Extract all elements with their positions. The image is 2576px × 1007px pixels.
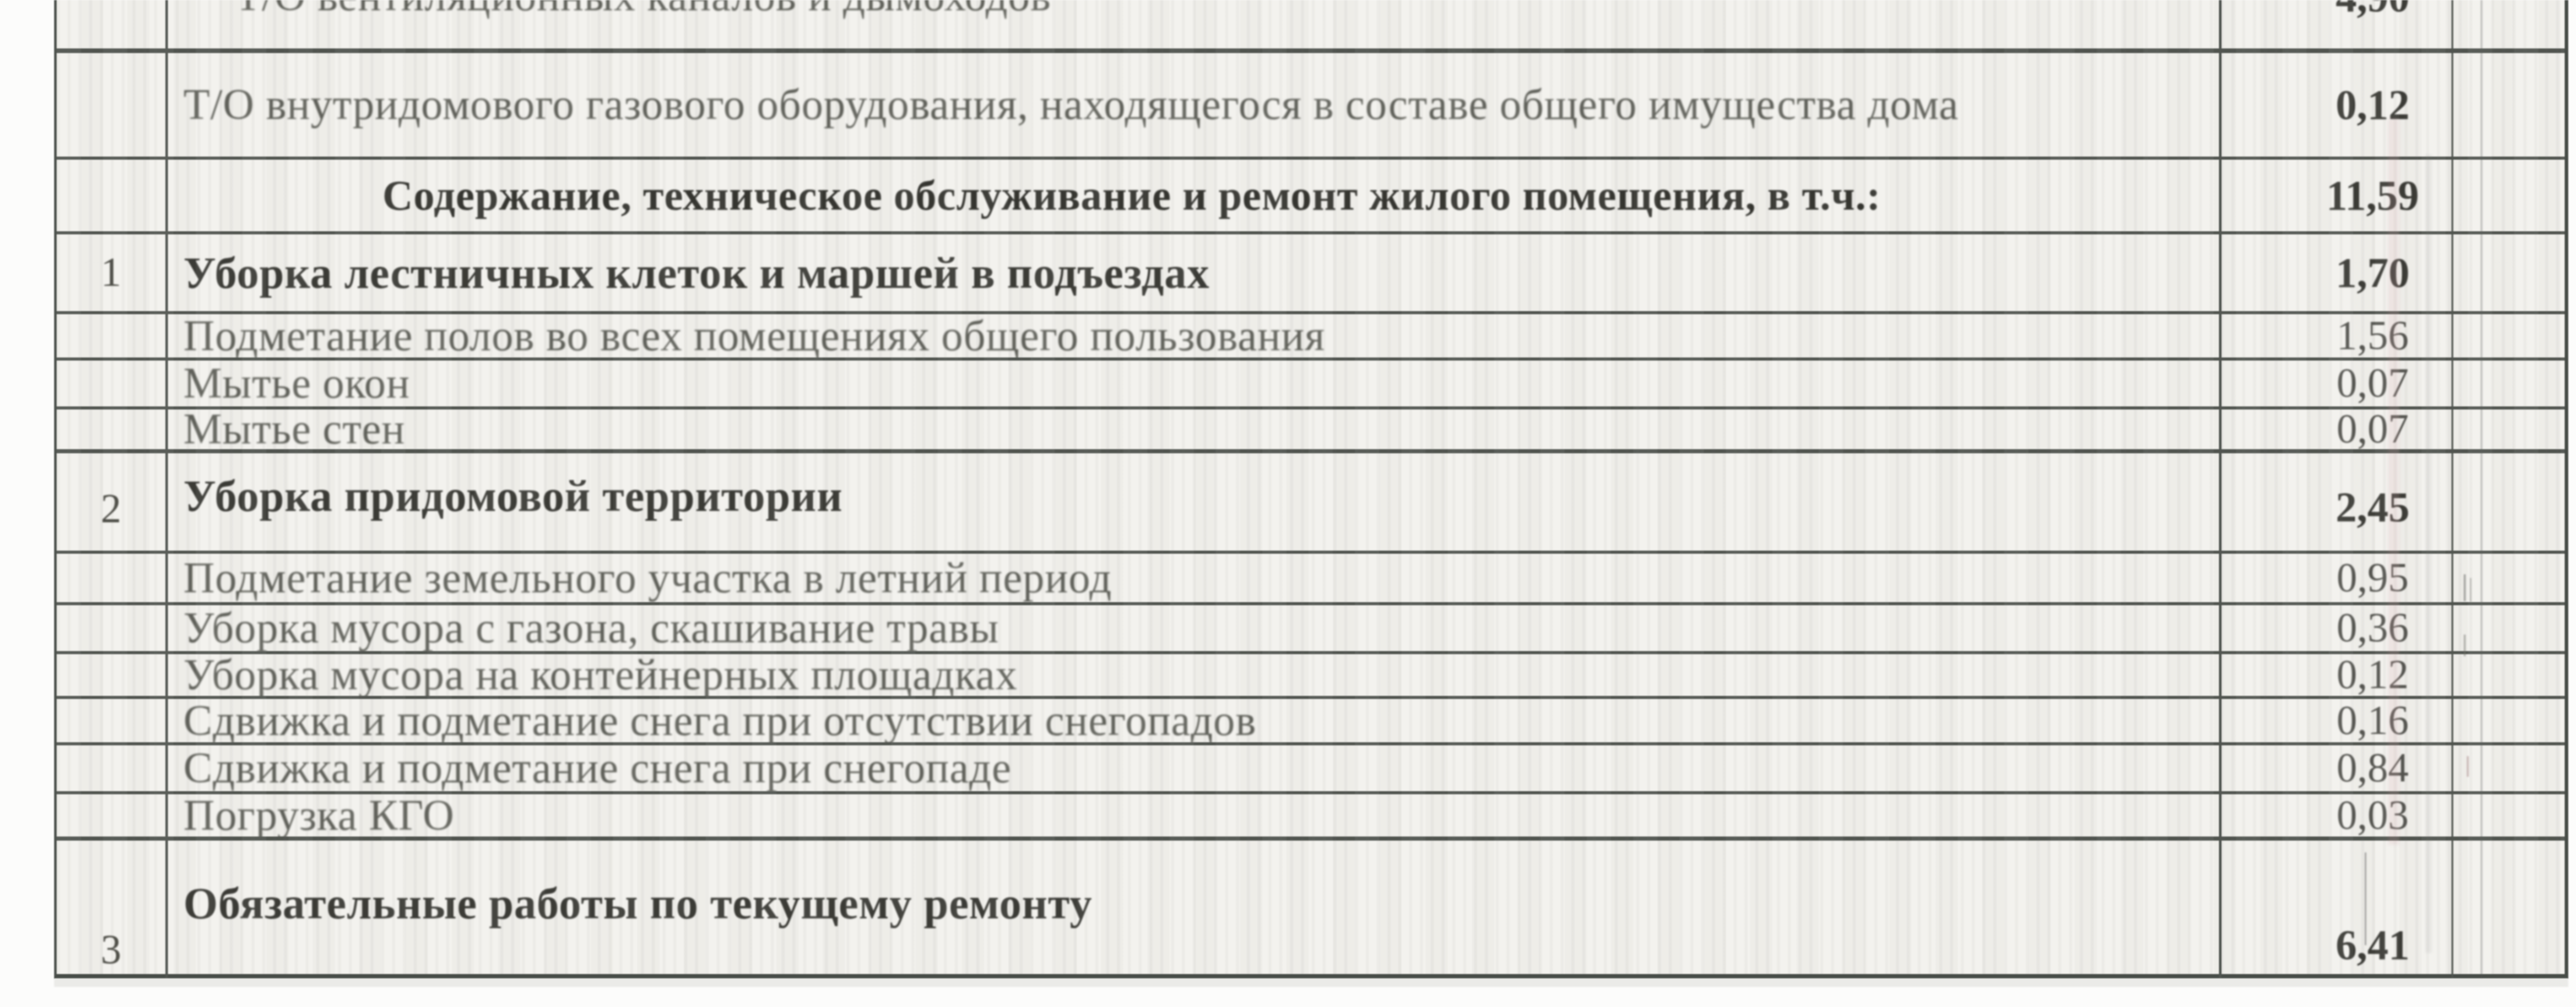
tariff-value: 11,59 [2326,172,2419,220]
empty-cell [2453,361,2565,406]
empty-cell [2453,605,2565,651]
service-name-cell: Содержание, техническое обслуживание и р… [168,160,2222,231]
empty-cell [2453,794,2565,837]
scanned-tariff-document: { "document": { "kind": "Скан фрагмента … [0,0,2576,1007]
empty-cell [2453,0,2565,48]
row-number-cell [57,745,168,791]
table-row: Погрузка КГО 0,03 [57,794,2565,841]
service-name: Мытье стен [183,409,405,449]
tariff-value: 0,16 [2336,699,2409,742]
tariff-value: 0,84 [2336,745,2409,791]
tariff-value-cell: 1,70 [2222,234,2453,311]
row-number-cell [57,314,168,357]
table-row: 2 Уборка придомовой территории 2,45 [57,453,2565,554]
empty-cell [2453,654,2565,696]
tariff-value-clipped: 4,90 [2336,0,2410,22]
empty-cell [2453,554,2565,602]
service-name-cell: Т/О внутридомового газового оборудования… [168,53,2222,157]
service-name-cell: Погрузка КГО [168,794,2222,837]
tariff-value: 6,41 [2336,921,2410,969]
tariff-value-cell: 0,36 [2222,605,2453,651]
tariff-value-cell: 0,12 [2222,654,2453,696]
empty-cell [2453,234,2565,311]
service-name-cell: Мытье окон [168,361,2222,406]
service-name: Подметание земельного участка в летний п… [183,554,1112,602]
tariff-value-cell: 4,90 [2222,0,2453,48]
row-number-cell [57,605,168,651]
table-row: Т/О внутридомового газового оборудования… [57,53,2565,160]
row-number-cell: 2 [57,453,168,551]
paper-edge-shadow [54,979,2568,987]
service-name-cell: Мытье стен [168,409,2222,449]
service-name-cell: Подметание полов во всех помещениях обще… [168,314,2222,357]
service-name: Уборка мусора с газона, скашивание травы [183,605,999,651]
table-row: Мытье окон 0,07 [57,361,2565,409]
row-number: 3 [100,927,121,974]
row-number: 2 [100,486,121,533]
service-name-cell: Уборка мусора на контейнерных площадках [168,654,2222,696]
tariff-value-cell: 1,56 [2222,314,2453,357]
service-name: Уборка мусора на контейнерных площадках [183,654,1018,696]
row-number-cell [57,409,168,449]
tariff-value: 0,07 [2336,361,2409,406]
table-row: 1 Уборка лестничных клеток и маршей в по… [57,234,2565,314]
row-number-cell [57,0,168,48]
row-number-cell [57,699,168,742]
table-row: Сдвижка и подметание снега при отсутстви… [57,699,2565,745]
row-number-cell: 3 [57,841,168,979]
table-row: Подметание земельного участка в летний п… [57,554,2565,605]
tariff-value-cell: 0,95 [2222,554,2453,602]
table-row: Сдвижка и подметание снега при снегопаде… [57,745,2565,794]
tariff-value: 0,07 [2336,409,2409,449]
tariff-value: 0,03 [2336,794,2409,837]
tariff-value: 0,95 [2336,555,2409,602]
table-row: Подметание полов во всех помещениях обще… [57,314,2565,361]
empty-cell [2453,699,2565,742]
row-number-cell [57,361,168,406]
tariff-value-cell: 11,59 [2222,160,2453,231]
empty-cell [2453,314,2565,357]
service-name-cell: Уборка лестничных клеток и маршей в подъ… [168,234,2222,311]
row-number-cell [57,794,168,837]
table-row-section-header: Содержание, техническое обслуживание и р… [57,160,2565,234]
service-name-cell: Уборка придомовой территории [168,453,2222,551]
service-name-cell: Обязательные работы по текущему ремонту [168,841,2222,979]
row-number-cell [57,654,168,696]
service-name-cell: Сдвижка и подметание снега при снегопаде [168,745,2222,791]
empty-cell [2453,453,2565,551]
row-number-cell [57,554,168,602]
row-number-cell: 1 [57,234,168,311]
service-name: Обязательные работы по текущему ремонту [183,878,1092,929]
service-name: Уборка лестничных клеток и маршей в подъ… [183,247,1210,299]
service-name: Сдвижка и подметание снега при снегопаде [183,745,1011,791]
section-title: Содержание, техническое обслуживание и р… [382,172,1881,220]
tariff-value-cell: 2,45 [2222,453,2453,551]
tariff-value-cell: 0,07 [2222,409,2453,449]
table-row: Уборка мусора на контейнерных площадках … [57,654,2565,699]
tariff-value-cell: 0,12 [2222,53,2453,157]
tariff-value-cell: 0,16 [2222,699,2453,742]
service-name: Сдвижка и подметание снега при отсутстви… [183,699,1257,742]
row-number: 1 [100,249,121,296]
tariff-value: 0,12 [2336,81,2410,129]
tariff-table: Т/О вентиляционных каналов и дымоходов 4… [54,0,2568,979]
service-name-cell: Сдвижка и подметание снега при отсутстви… [168,699,2222,742]
service-name-cell: Т/О вентиляционных каналов и дымоходов [168,0,2222,48]
table-row: Уборка мусора с газона, скашивание травы… [57,605,2565,654]
service-name: Подметание полов во всех помещениях обще… [183,314,1325,357]
table-row: Мытье стен 0,07 [57,409,2565,453]
tariff-value: 0,36 [2336,605,2409,651]
service-name-cell: Подметание земельного участка в летний п… [168,554,2222,602]
service-name-cell: Уборка мусора с газона, скашивание травы [168,605,2222,651]
tariff-value-cell: 0,84 [2222,745,2453,791]
row-number-cell [57,53,168,157]
table-row: 3 Обязательные работы по текущему ремонт… [57,841,2565,979]
empty-cell [2453,841,2565,979]
tariff-value-cell: 0,03 [2222,794,2453,837]
row-number-cell [57,160,168,231]
service-name: Уборка придомовой территории [183,470,843,522]
tariff-value: 1,56 [2336,314,2409,357]
tariff-value-cell: 6,41 [2222,841,2453,979]
tariff-value: 2,45 [2336,483,2410,532]
service-name: Мытье окон [183,361,410,406]
tariff-value: 1,70 [2336,249,2410,297]
service-name: Т/О внутридомового газового оборудования… [183,80,1959,130]
table-row-partial: Т/О вентиляционных каналов и дымоходов 4… [57,0,2565,53]
tariff-value: 0,12 [2336,654,2409,696]
service-name-clipped: Т/О вентиляционных каналов и дымоходов [235,0,1052,21]
empty-cell [2453,745,2565,791]
service-name: Погрузка КГО [183,794,454,837]
empty-cell [2453,409,2565,449]
empty-cell [2453,53,2565,157]
tariff-value-cell: 0,07 [2222,361,2453,406]
empty-cell [2453,160,2565,231]
